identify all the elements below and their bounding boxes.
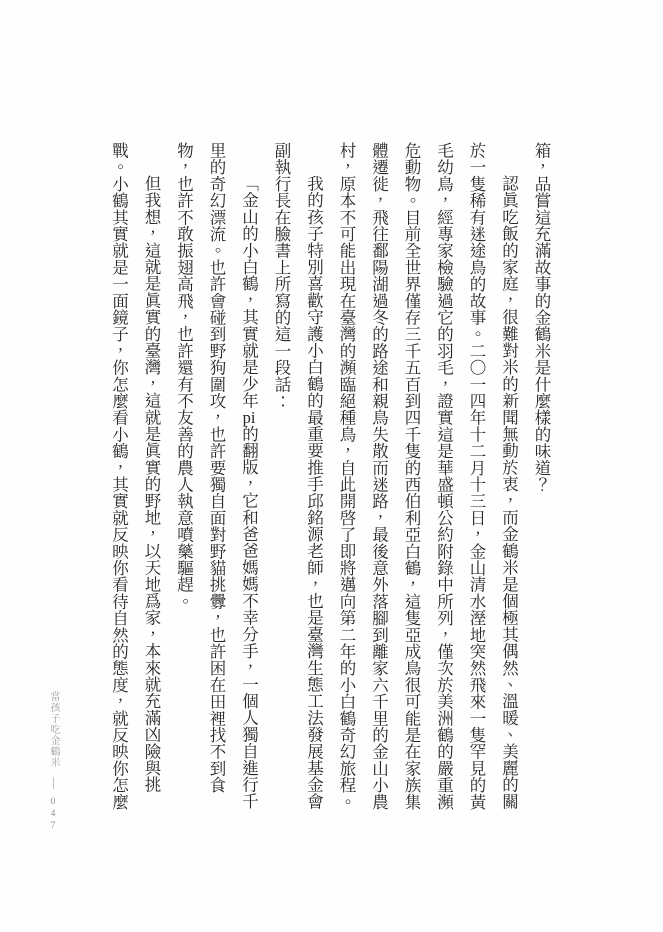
chapter-title: 當孩子吃金鶴米 — [48, 691, 59, 768]
latin-run: pi — [240, 409, 259, 426]
footer-divider — [53, 777, 54, 789]
page-number: 047 — [48, 797, 58, 833]
text-run: 「金山的小白鶴，其實就是少年 — [240, 175, 259, 409]
paragraph: 我的孩子特別喜歡守護小白鶴的最重要推手邱銘源老師，也是臺灣生態工法發展基金會副執… — [265, 142, 330, 810]
page-footer: 當孩子吃金鶴米 047 — [46, 691, 61, 833]
book-page: 箱，品嘗這充滿故事的金鶴米是什麼樣的味道？認眞吃飯的家庭，很難對米的新聞無動於衷… — [0, 0, 663, 932]
paragraph: 「金山的小白鶴，其實就是少年pi的翻版，它和爸爸媽媽不幸分手，一個人獨自進行千里… — [167, 142, 265, 810]
text-block: 箱，品嘗這充滿故事的金鶴米是什麼樣的味道？認眞吃飯的家庭，很難對米的新聞無動於衷… — [102, 142, 557, 810]
paragraph: 箱，品嘗這充滿故事的金鶴米是什麼樣的味道？ — [525, 142, 558, 810]
paragraph: 但我想，這就是眞實的臺灣，這就是眞實的野地，以天地爲家，本來就充滿凶險與挑戰。小… — [102, 142, 167, 810]
text-run: 箱，品嘗這充滿故事的金鶴米是什麼樣的味道？ — [532, 142, 551, 493]
text-run: 但我想，這就是眞實的臺灣，這就是眞實的野地，以天地爲家，本來就充滿凶險與挑戰。小… — [110, 142, 162, 810]
text-run: 我的孩子特別喜歡守護小白鶴的最重要推手邱銘源老師，也是臺灣生態工法發展基金會副執… — [272, 142, 324, 810]
paragraph: 認眞吃飯的家庭，很難對米的新聞無動於衷，而金鶴米是個極其偶然、溫暖、美麗的關於一… — [330, 142, 525, 810]
text-run: 認眞吃飯的家庭，很難對米的新聞無動於衷，而金鶴米是個極其偶然、溫暖、美麗的關於一… — [337, 142, 519, 810]
